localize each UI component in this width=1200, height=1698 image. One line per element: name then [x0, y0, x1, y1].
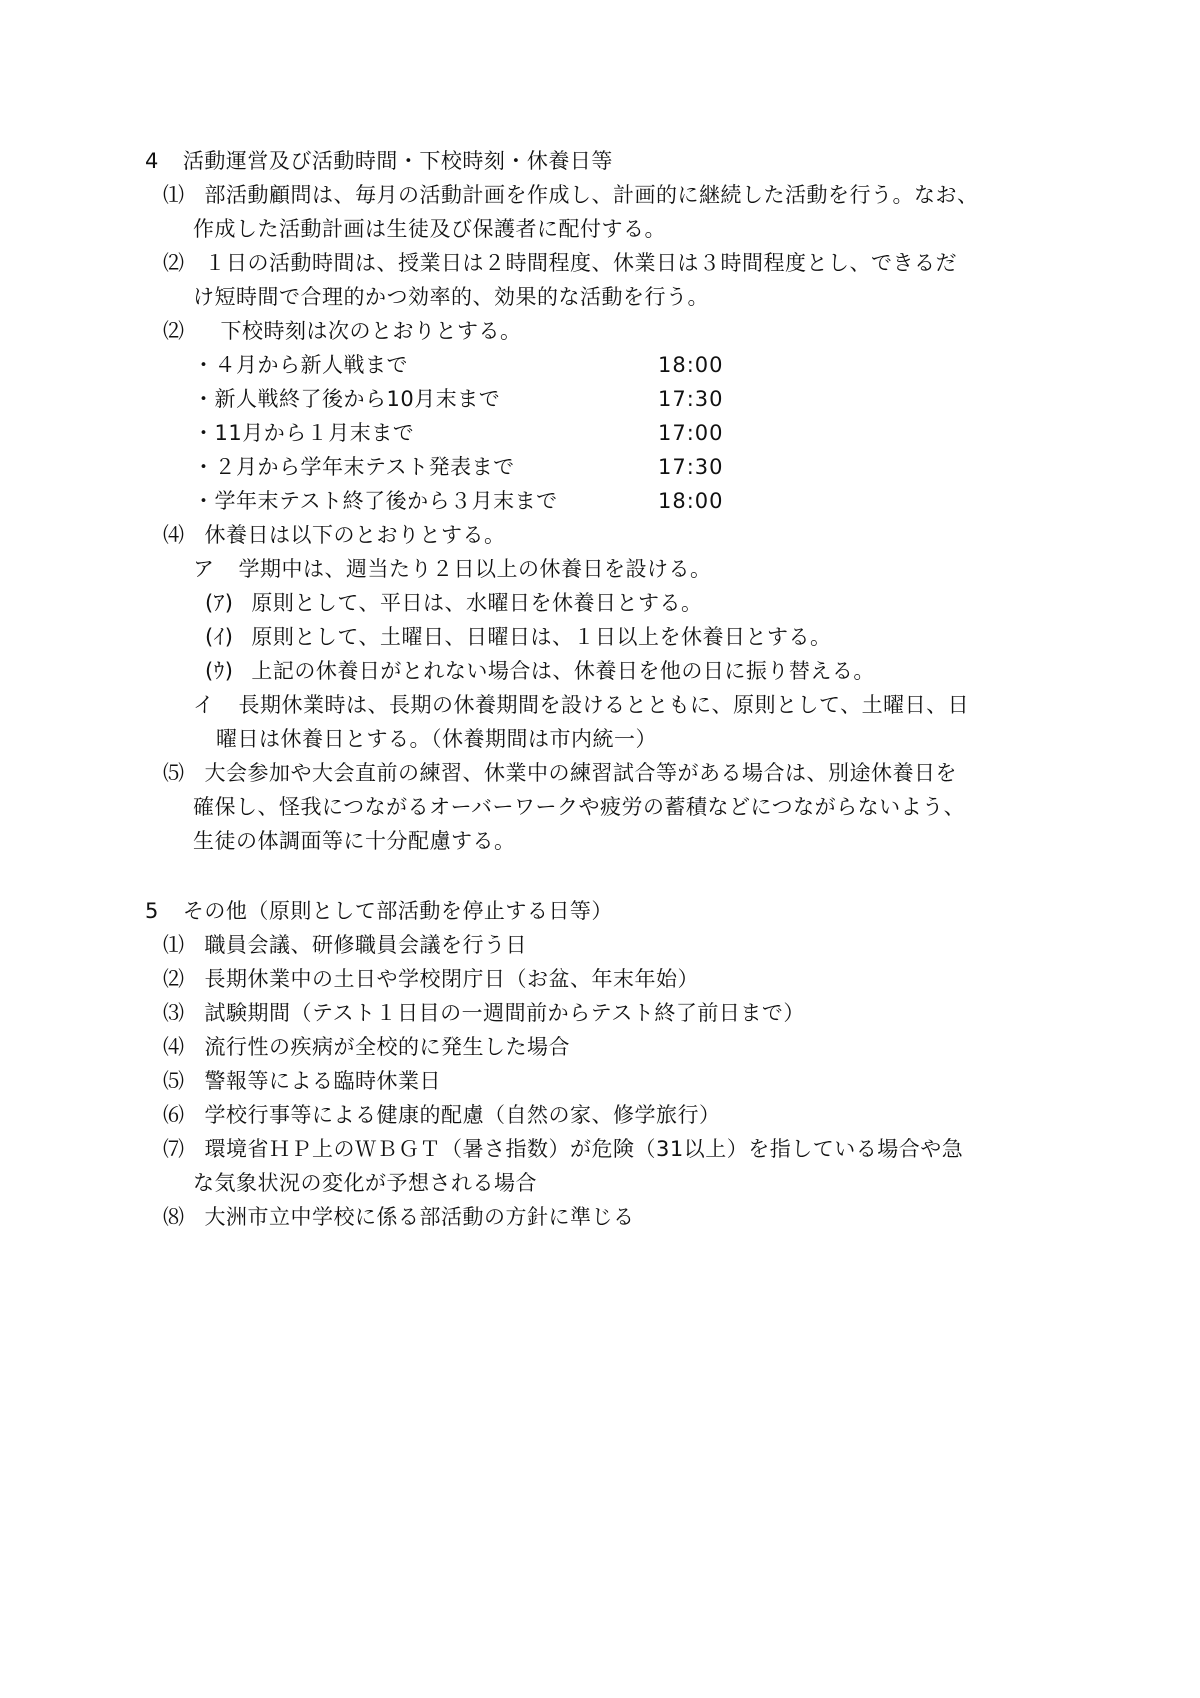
schedule-period: ・新人戦終了後から10月末まで [193, 384, 500, 414]
item-text: 下校時刻は次のとおりとする。 [221, 319, 522, 343]
section-title: 活動運営及び活動時間・下校時刻・休養日等 [183, 149, 613, 173]
list-item: ⑵長期休業中の土日や学校閉庁日（お盆、年末年始） [163, 964, 699, 994]
sub-text: 長期休業時は、長期の休養期間を設けるとともに、原則として、土曜日、日 [239, 693, 970, 717]
list-item: ⑴職員会議、研修職員会議を行う日 [163, 930, 527, 960]
item-text: 部活動顧問は、毎月の活動計画を作成し、計画的に継続した活動を行う。なお、 [205, 183, 979, 207]
item-text: 休養日は以下のとおりとする。 [205, 523, 506, 547]
item-number: ⑺ [163, 1134, 185, 1164]
list-item: ⑻大洲市立中学校に係る部活動の方針に準じる [163, 1202, 635, 1232]
item-number: ⑵ [163, 248, 185, 278]
item-continuation: 生徒の体調面等に十分配慮する。 [193, 826, 516, 856]
section-4-heading: 4活動運営及び活動時間・下校時刻・休養日等 [145, 146, 613, 176]
item-text: 試験期間（テスト１日目の一週間前からテスト終了前日まで） [205, 1001, 805, 1025]
item-number: ⑹ [163, 1100, 185, 1130]
schedule-time: 17:30 [658, 452, 724, 482]
list-item: ⑷流行性の疾病が全校的に発生した場合 [163, 1032, 570, 1062]
sub-label: (ｱ) [205, 591, 233, 615]
sub-label: イ [193, 693, 215, 717]
item-number: ⑸ [163, 758, 185, 788]
item-number: ⑻ [163, 1202, 185, 1232]
sub-sub-item: (ｳ)上記の休養日がとれない場合は、休養日を他の日に振り替える。 [205, 656, 875, 686]
sub-text: 原則として、土曜日、日曜日は、１日以上を休養日とする。 [251, 625, 831, 649]
schedule-period: ・２月から学年末テスト発表まで [193, 452, 515, 482]
schedule-time: 18:00 [658, 350, 724, 380]
item-text: 流行性の疾病が全校的に発生した場合 [205, 1035, 571, 1059]
item-continuation: 作成した活動計画は生徒及び保護者に配付する。 [193, 214, 666, 244]
sub-item-i: イ長期休業時は、長期の休養期間を設けるとともに、原則として、土曜日、日 [193, 690, 969, 720]
item-text: 職員会議、研修職員会議を行う日 [205, 933, 528, 957]
section-number: 5 [145, 899, 159, 923]
item-number: ⑶ [163, 998, 185, 1028]
list-item: ⑶試験期間（テスト１日目の一週間前からテスト終了前日まで） [163, 998, 805, 1028]
sub-item-a: ア学期中は、週当たり２日以上の休養日を設ける。 [193, 554, 712, 584]
item-number: ⑵ [163, 316, 185, 346]
item-text: 大会参加や大会直前の練習、休業中の練習試合等がある場合は、別途休養日を [205, 761, 958, 785]
item-text: 警報等による臨時休業日 [205, 1069, 442, 1093]
list-item: ⑴部活動顧問は、毎月の活動計画を作成し、計画的に継続した活動を行う。なお、 [163, 180, 979, 210]
item-continuation: な気象状況の変化が予想される場合 [193, 1168, 537, 1198]
list-item: ⑸大会参加や大会直前の練習、休業中の練習試合等がある場合は、別途休養日を [163, 758, 957, 788]
item-number: ⑷ [163, 520, 185, 550]
section-title: その他（原則として部活動を停止する日等） [183, 899, 613, 923]
item-number: ⑴ [163, 180, 185, 210]
item-continuation: 曜日は休養日とする。（休養期間は市内統一） [216, 724, 657, 754]
item-text: 環境省ＨＰ上のＷＢＧＴ（暑さ指数）が危険（31以上）を指している場合や急 [205, 1137, 964, 1161]
list-item: ⑺環境省ＨＰ上のＷＢＧＴ（暑さ指数）が危険（31以上）を指している場合や急 [163, 1134, 963, 1164]
schedule-period: ・４月から新人戦まで [193, 350, 408, 380]
list-item: ⑵下校時刻は次のとおりとする。 [163, 316, 522, 346]
item-text: 大洲市立中学校に係る部活動の方針に準じる [205, 1205, 635, 1229]
sub-label: (ｳ) [205, 659, 233, 683]
schedule-period: ・学年末テスト終了後から３月末まで [193, 486, 558, 516]
item-text: １日の活動時間は、授業日は２時間程度、休業日は３時間程度とし、できるだ [205, 251, 958, 275]
section-number: 4 [145, 149, 159, 173]
sub-sub-item: (ｱ)原則として、平日は、水曜日を休養日とする。 [205, 588, 702, 618]
sub-label: ア [193, 557, 215, 581]
item-text: 学校行事等による健康的配慮（自然の家、修学旅行） [205, 1103, 721, 1127]
sub-label: (ｲ) [205, 625, 233, 649]
item-number: ⑸ [163, 1066, 185, 1096]
item-number: ⑴ [163, 930, 185, 960]
item-continuation: け短時間で合理的かつ効率的、効果的な活動を行う。 [193, 282, 709, 312]
list-item: ⑷休養日は以下のとおりとする。 [163, 520, 506, 550]
sub-text: 上記の休養日がとれない場合は、休養日を他の日に振り替える。 [251, 659, 875, 683]
list-item: ⑵１日の活動時間は、授業日は２時間程度、休業日は３時間程度とし、できるだ [163, 248, 957, 278]
item-continuation: 確保し、怪我につながるオーバーワークや疲労の蓄積などにつながらないよう、 [193, 792, 965, 822]
list-item: ⑹学校行事等による健康的配慮（自然の家、修学旅行） [163, 1100, 721, 1130]
schedule-time: 17:30 [658, 384, 724, 414]
item-number: ⑷ [163, 1032, 185, 1062]
item-text: 長期休業中の土日や学校閉庁日（お盆、年末年始） [205, 967, 700, 991]
sub-sub-item: (ｲ)原則として、土曜日、日曜日は、１日以上を休養日とする。 [205, 622, 831, 652]
schedule-time: 18:00 [658, 486, 724, 516]
document-page: 4活動運営及び活動時間・下校時刻・休養日等 ⑴部活動顧問は、毎月の活動計画を作成… [0, 0, 1200, 1698]
sub-text: 学期中は、週当たり２日以上の休養日を設ける。 [239, 557, 712, 581]
schedule-time: 17:00 [658, 418, 724, 448]
section-5-heading: 5その他（原則として部活動を停止する日等） [145, 896, 613, 926]
list-item: ⑸警報等による臨時休業日 [163, 1066, 441, 1096]
schedule-period: ・11月から１月末まで [193, 418, 414, 448]
sub-text: 原則として、平日は、水曜日を休養日とする。 [251, 591, 702, 615]
item-number: ⑵ [163, 964, 185, 994]
